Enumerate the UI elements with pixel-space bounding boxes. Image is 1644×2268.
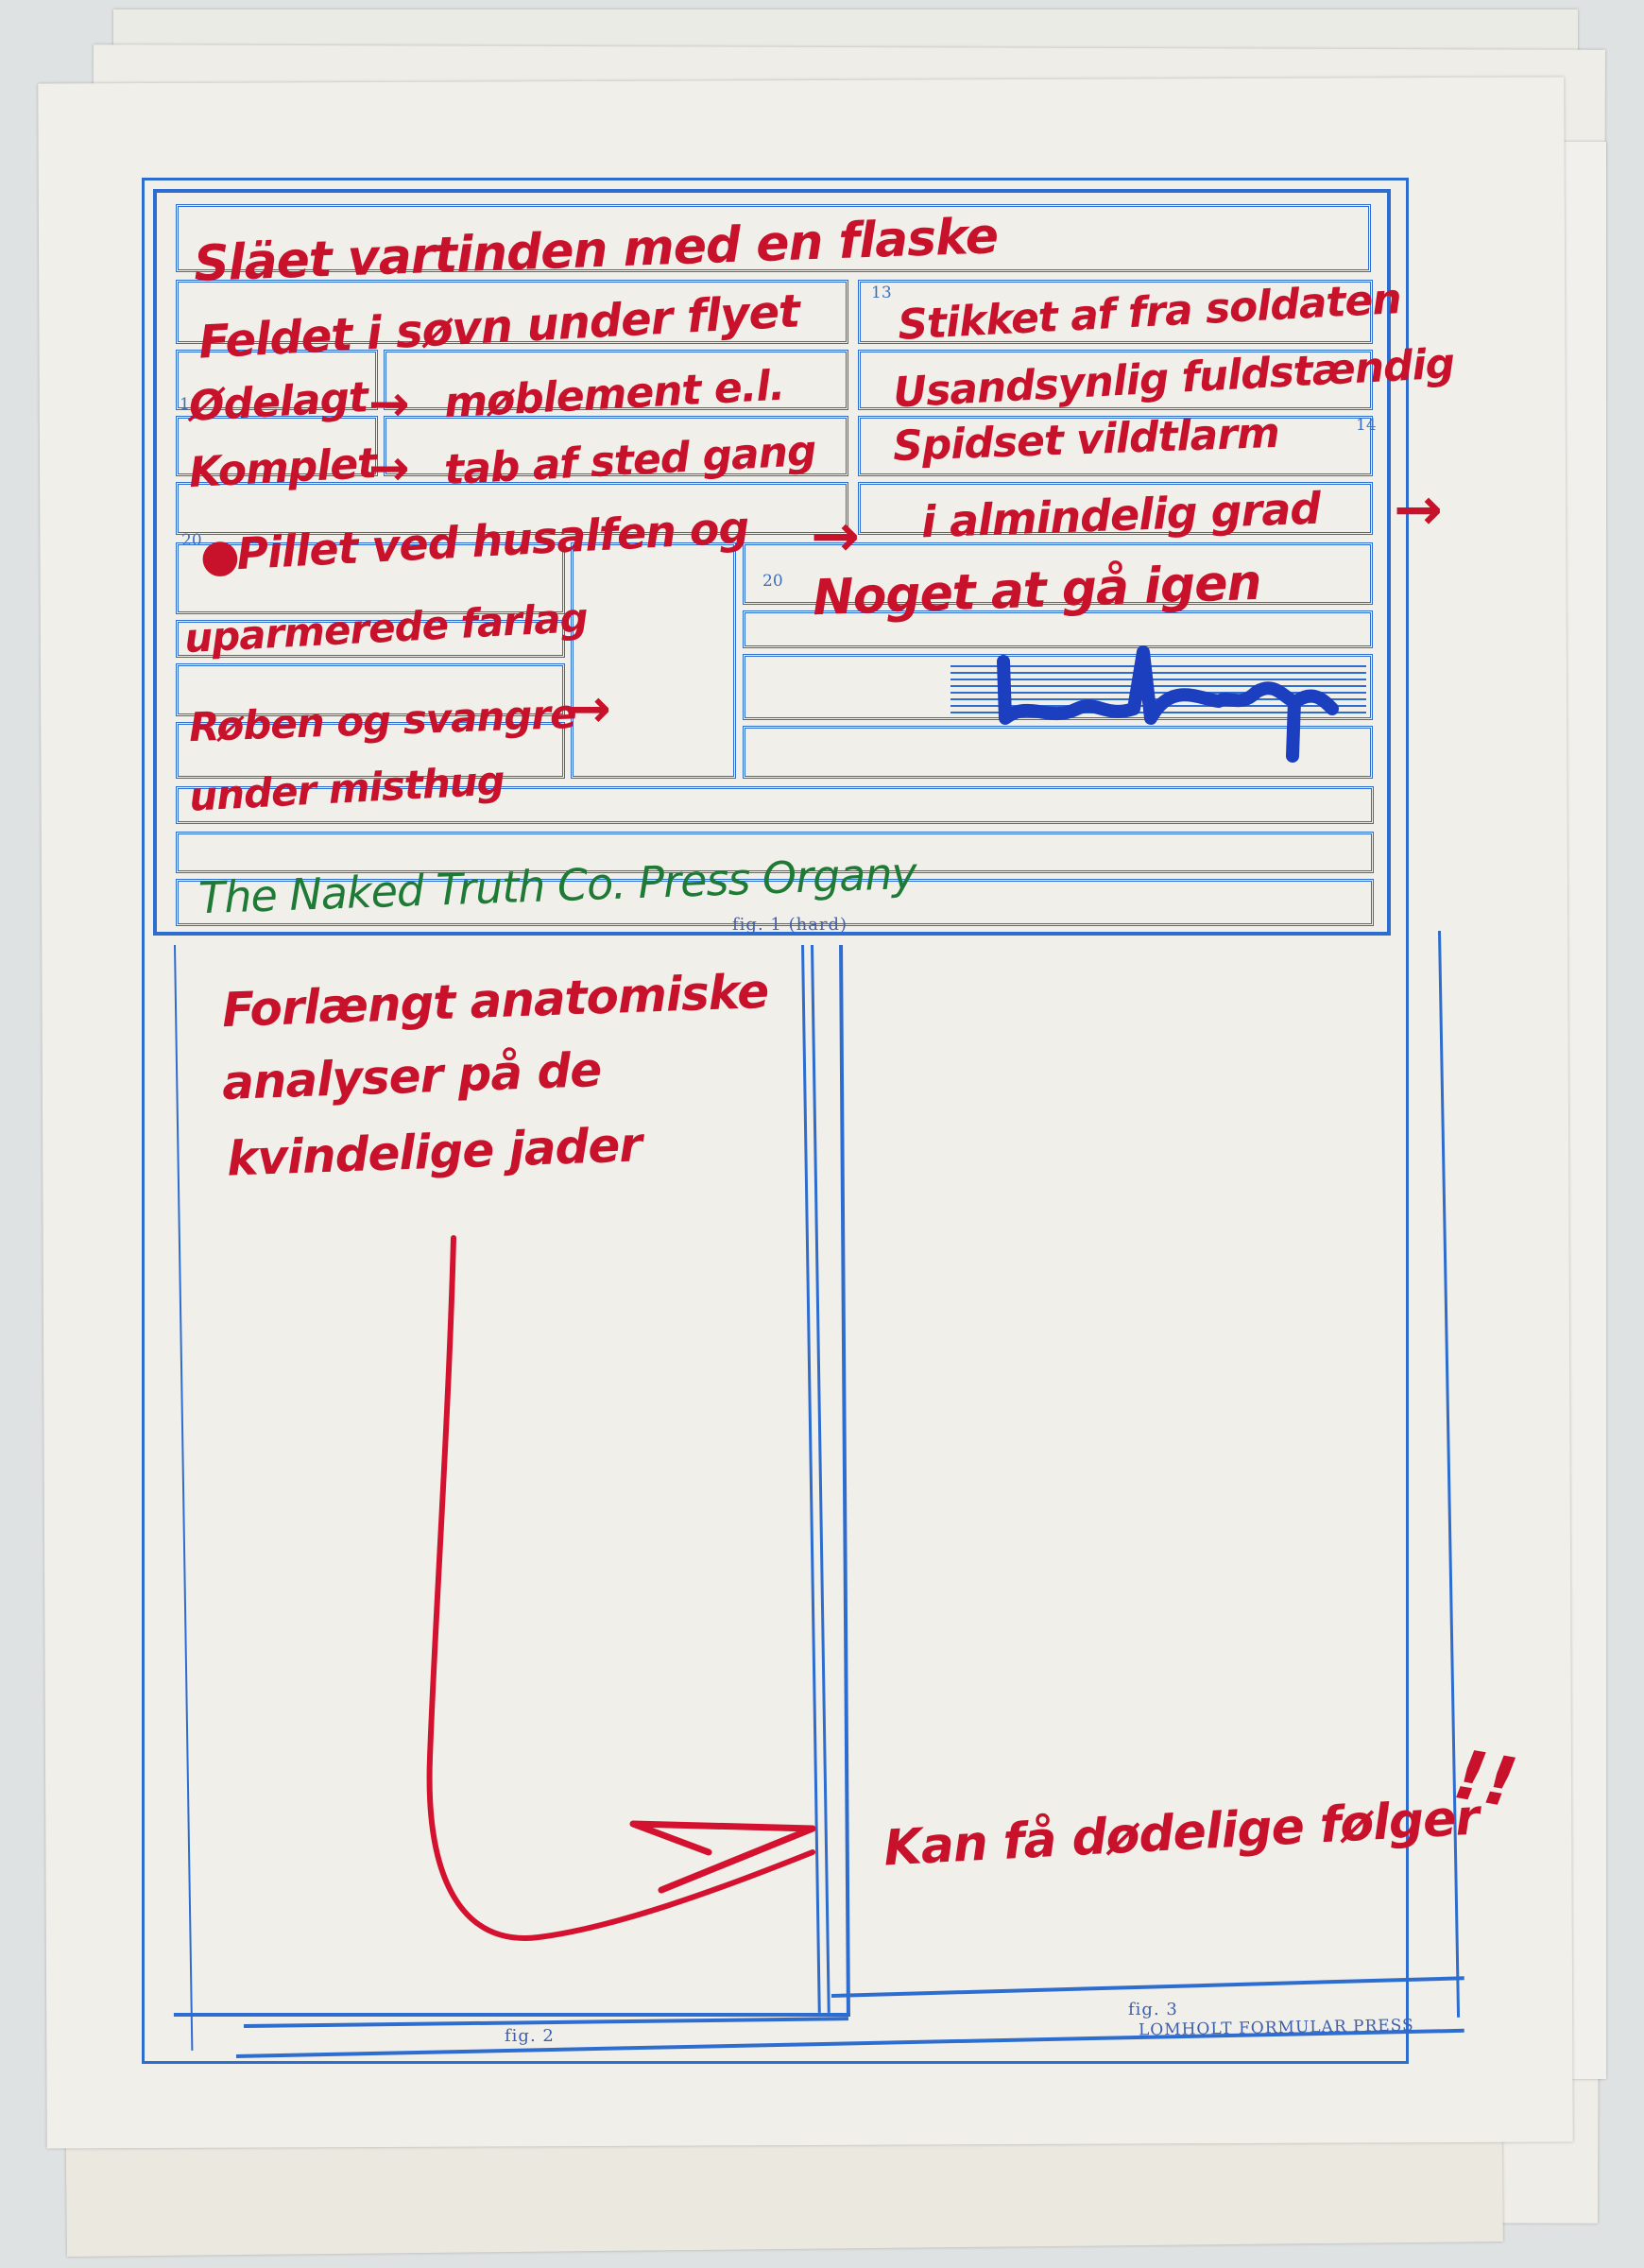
- arrow-row5: →: [811, 501, 859, 570]
- form-cell-middle-blank: [571, 542, 736, 779]
- curved-arrow-icon: [397, 1228, 850, 1966]
- form-page-content: 11 13 14 20 20 fig. 1 (hard) fig. 2 fig.…: [0, 0, 1644, 2268]
- cell-number-14: 14: [1356, 416, 1377, 435]
- handwriting-row3-left: Ødelagt: [188, 373, 368, 431]
- arrow-row3: →: [368, 376, 409, 433]
- caption-fig1-label: fig. 1: [732, 915, 782, 935]
- caption-fig1-note: (hard): [789, 915, 848, 935]
- arrow-right-row4: →: [1394, 474, 1442, 543]
- signature-scrawl-icon: [992, 643, 1408, 775]
- cell-number-20a: 20: [181, 531, 202, 550]
- arrow-left-block2: →: [567, 679, 610, 740]
- handwriting-row4-left: Komplet: [188, 439, 378, 497]
- caption-fig3: fig. 3: [1128, 2000, 1178, 2019]
- cell-number-13: 13: [871, 283, 892, 302]
- arrow-row4: →: [368, 440, 409, 497]
- caption-fig1: fig. 1 (hard): [732, 915, 848, 935]
- handwriting-fig3-exclaim: !!: [1448, 1734, 1521, 1823]
- bullet-dot: ●: [200, 529, 239, 582]
- fig3-panel-right-line: [1438, 931, 1460, 2018]
- cell-number-20b: 20: [762, 572, 783, 591]
- caption-fig2: fig. 2: [505, 2026, 555, 2046]
